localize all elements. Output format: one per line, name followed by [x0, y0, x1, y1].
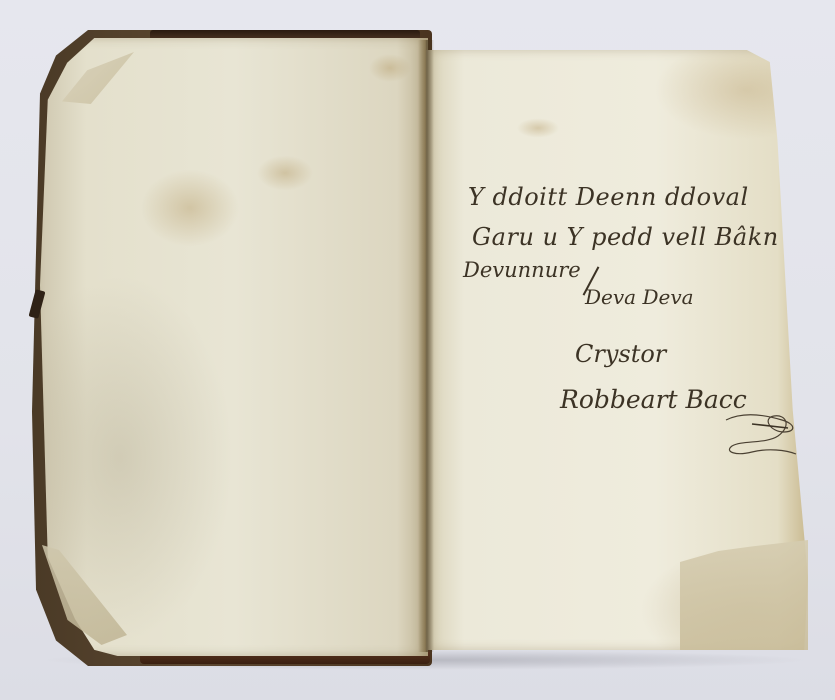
torn-page-corner [680, 540, 808, 650]
signature-flourish-icon [722, 410, 800, 458]
photo-scene: Y ddoitt Deenn ddoval Garu u Y pedd vell… [0, 0, 835, 700]
inscription-line-1: Y ddoitt Deenn ddoval [468, 183, 749, 211]
inscription-line-2: Garu u Y pedd vell Bâkn [472, 223, 779, 251]
left-flyleaf-page [40, 38, 428, 656]
inscription-line-3: Devunnure [463, 258, 581, 282]
inscription-signature: Robbeart Bacc [560, 385, 747, 414]
inscription-line-5: Crystor [575, 340, 666, 368]
book-gutter [418, 40, 434, 652]
inscription-line-4: Deva Deva [585, 285, 694, 309]
